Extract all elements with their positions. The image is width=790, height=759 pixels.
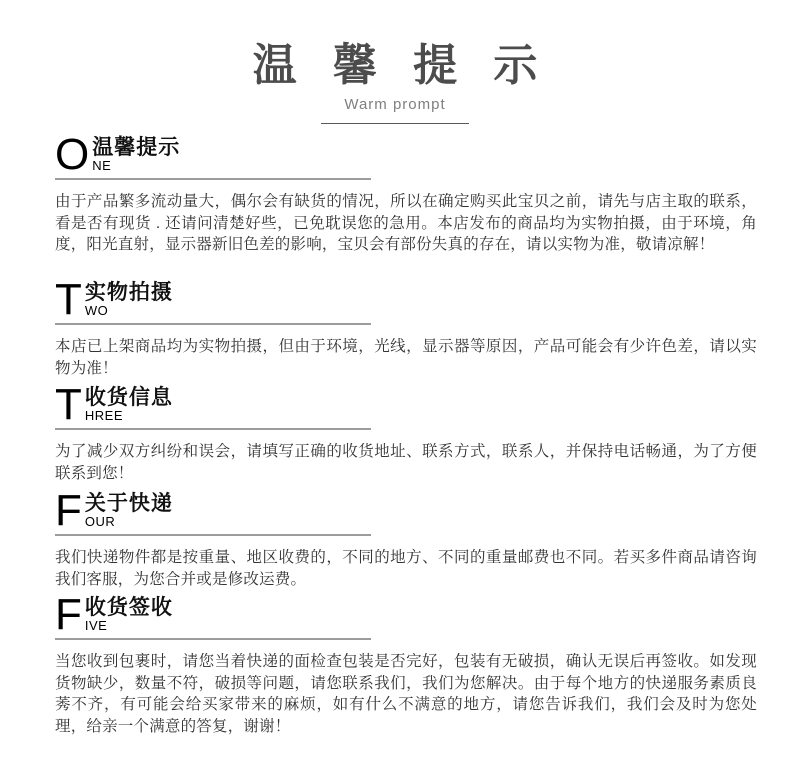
section-three: T 收货信息 HREE 为了减少双方纠纷和误会，请填写正确的收货地址、联系方式，…: [55, 386, 757, 484]
title-divider: [321, 123, 469, 124]
section-one-ordinal-rest: NE: [92, 159, 180, 173]
section-four: F 关于快递 OUR 我们快递物件都是按重量、地区收费的，不同的地方、不同的重量…: [55, 492, 757, 590]
section-four-header-text: 关于快递 OUR: [85, 492, 173, 529]
section-one-ordinal-initial: O: [55, 136, 89, 173]
section-three-header: T 收货信息 HREE: [55, 386, 757, 423]
section-five-body: 当您收到包裹时，请您当着快递的面检查包装是否完好，包装有无破损，确认无误后再签收…: [55, 651, 757, 737]
section-two-header-text: 实物拍摄 WO: [85, 281, 173, 318]
page-title: 温 馨 提 示: [0, 42, 790, 90]
section-two-title: 实物拍摄: [85, 281, 173, 304]
section-five-ordinal-initial: F: [55, 596, 82, 633]
section-two-header: T 实物拍摄 WO: [55, 281, 757, 318]
page-subtitle: Warm prompt: [0, 96, 790, 114]
section-five-header-text: 收货签收 IVE: [85, 596, 173, 633]
section-one-header-text: 温馨提示 NE: [92, 136, 180, 173]
section-three-body: 为了减少双方纠纷和误会，请填写正确的收货地址、联系方式，联系人，并保持电话畅通，…: [55, 441, 757, 484]
section-two-divider: [55, 323, 371, 325]
section-three-divider: [55, 428, 371, 430]
section-three-ordinal-initial: T: [55, 386, 82, 423]
section-two-ordinal-rest: WO: [85, 304, 173, 318]
section-five-divider: [55, 638, 371, 640]
section-one-divider: [55, 178, 371, 180]
section-three-title: 收货信息: [85, 386, 173, 409]
section-five-ordinal-rest: IVE: [85, 619, 173, 633]
warm-prompt-page: 温 馨 提 示 Warm prompt O 温馨提示 NE 由于产品繁多流动量大…: [0, 0, 790, 759]
section-one-title: 温馨提示: [92, 136, 180, 159]
section-one-body: 由于产品繁多流动量大，偶尔会有缺货的情况，所以在确定购买此宝贝之前，请先与店主取…: [55, 191, 757, 256]
section-two-ordinal-initial: T: [55, 281, 82, 318]
section-three-ordinal-rest: HREE: [85, 409, 173, 423]
section-four-ordinal-rest: OUR: [85, 515, 173, 529]
section-one: O 温馨提示 NE 由于产品繁多流动量大，偶尔会有缺货的情况，所以在确定购买此宝…: [55, 136, 757, 256]
section-three-header-text: 收货信息 HREE: [85, 386, 173, 423]
section-two: T 实物拍摄 WO 本店已上架商品均为实物拍摄，但由于环境，光线，显示器等原因，…: [55, 281, 757, 379]
section-five-header: F 收货签收 IVE: [55, 596, 757, 633]
section-one-header: O 温馨提示 NE: [55, 136, 757, 173]
section-five-title: 收货签收: [85, 596, 173, 619]
section-four-ordinal-initial: F: [55, 492, 82, 529]
section-four-title: 关于快递: [85, 492, 173, 515]
section-five: F 收货签收 IVE 当您收到包裹时，请您当着快递的面检查包装是否完好，包装有无…: [55, 596, 757, 737]
section-four-body: 我们快递物件都是按重量、地区收费的，不同的地方、不同的重量邮费也不同。若买多件商…: [55, 547, 757, 590]
section-four-header: F 关于快递 OUR: [55, 492, 757, 529]
title-block: 温 馨 提 示 Warm prompt: [0, 42, 790, 124]
section-two-body: 本店已上架商品均为实物拍摄，但由于环境，光线，显示器等原因，产品可能会有少许色差…: [55, 336, 757, 379]
section-four-divider: [55, 534, 371, 536]
